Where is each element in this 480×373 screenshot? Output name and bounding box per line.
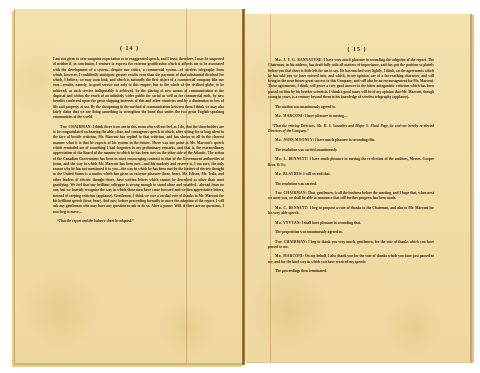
paragraph: The proceedings then terminated. — [268, 269, 434, 274]
speaker-name: Mr. BLAYDES — [275, 172, 301, 176]
speaker-name: Mr. L. BENNETT — [275, 157, 307, 161]
resolution-quote: “That the report and the balance sheet b… — [53, 219, 224, 224]
paragraph: Mr. VYVYAN: I shall have pleasure in sec… — [268, 221, 434, 226]
paragraph: The resolution was carried unanimously. — [268, 148, 434, 153]
speaker-name: Mr. MARCONI — [275, 114, 303, 118]
paragraph: Mr. JOHN MOONEY: I have much pleasure in… — [268, 138, 434, 143]
paragraph: I am not given to over-sanguine expectat… — [53, 57, 224, 121]
paragraph: The proposition was unanimously agreed t… — [268, 230, 434, 235]
paragraph: The resolution was carried. — [268, 182, 434, 187]
speaker-name: Mr. J. F. G. BANNATYNE — [275, 58, 322, 62]
resolution-quote: “That the retiring Directors, Mr. H. S. … — [268, 124, 434, 135]
page-fold-line — [186, 9, 187, 363]
page-body: Mr. J. F. G. BANNATYNE: I have very much… — [268, 58, 434, 274]
speaker-name: Mr. JOHN MOONEY — [275, 138, 313, 142]
paragraph: The CHAIRMAN: That, gentlemen, is all th… — [268, 191, 434, 202]
paragraph: Mr. MARCONI: On my behalf, I also thank … — [268, 254, 434, 265]
paragraph: Mr. MARCONI: I have pleasure in moving— — [268, 114, 434, 119]
speaker-name: Mr. C. BENNETT — [275, 206, 307, 210]
paragraph: The motion was unanimously agreed to. — [268, 105, 434, 110]
speaker-name: Mr. MARCONI — [275, 254, 303, 258]
left-page: ( 14 ) I am not given to over-sanguine e… — [14, 9, 244, 365]
right-page: ( 15 ) Mr. J. F. G. BANNATYNE: I have ve… — [244, 14, 472, 362]
paragraph: Mr. L. BENNETT: I have much pleasure in … — [268, 157, 434, 168]
paragraph: Mr. C. BENNETT: I beg to propose a vote … — [268, 206, 434, 217]
paragraph: The CHAIRMAN: I beg to thank you very mu… — [268, 240, 434, 251]
speaker-name: The CHAIRMAN — [275, 191, 306, 195]
speaker-name: Mr. VYVYAN — [275, 221, 300, 225]
paragraph: Mr. BLAYDES: I will second that. — [268, 172, 434, 177]
page-number: ( 14 ) — [15, 46, 244, 52]
page-number: ( 15 ) — [244, 47, 470, 53]
page-body: I am not given to over-sanguine expectat… — [53, 57, 224, 224]
speaker-name: The CHAIRMAN — [60, 125, 91, 129]
page-fold-line — [270, 14, 271, 362]
speaker-name: The CHAIRMAN — [275, 240, 306, 244]
paragraph: Mr. J. F. G. BANNATYNE: I have very much… — [268, 58, 434, 100]
paragraph: The CHAIRMAN: I think there is no one in… — [53, 125, 224, 215]
book-spine — [242, 9, 245, 365]
